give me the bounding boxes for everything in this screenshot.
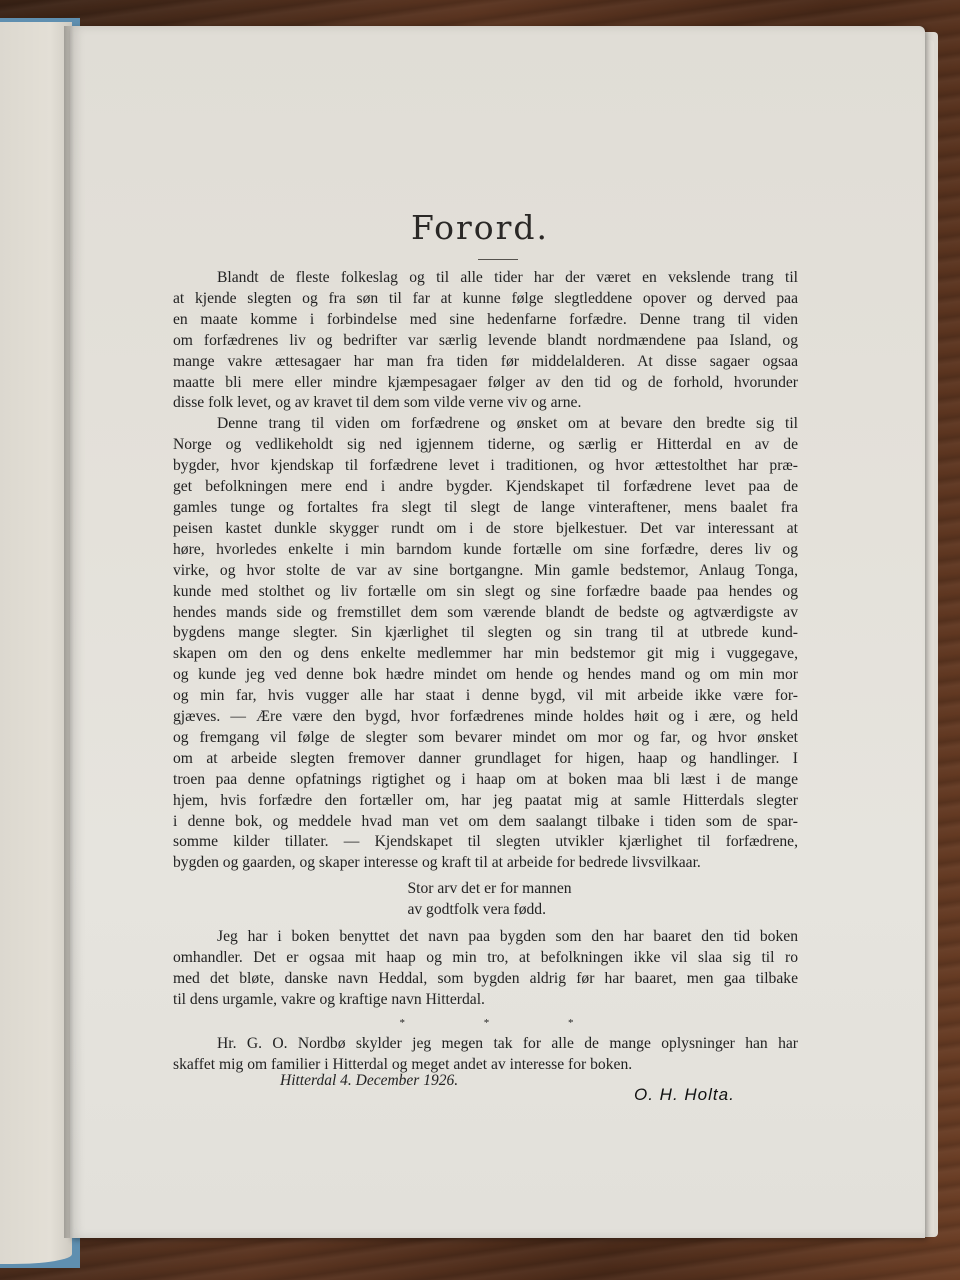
text-line: med det bløte, danske navn Heddal, som b… xyxy=(173,969,798,990)
text-line: omhandler. Det er ogsaa mit haap og min … xyxy=(173,948,798,969)
text-line: høre, hvorledes enkelte i min barndom ku… xyxy=(173,540,798,561)
text-line: i denne bok, og meddele hvad man vet om … xyxy=(173,812,798,833)
text-line: og min far, hvis vugger alle har staat i… xyxy=(173,686,798,707)
text-line: om at arbeide slegten fremover danner gr… xyxy=(173,749,798,770)
text-line: get befolkningen mere end i andre bygder… xyxy=(173,477,798,498)
text-line: Denne trang til viden om forfædrene og ø… xyxy=(173,414,798,435)
text-line: Jeg har i boken benyttet det navn paa by… xyxy=(173,927,798,948)
verse-line: Stor arv det er for mannen xyxy=(403,878,571,899)
text-line: skaffet mig om familier i Hitterdal og m… xyxy=(173,1055,798,1076)
text-line: og kunde jeg ved denne bok hædre mindet … xyxy=(173,665,798,686)
text-line: mange vakre ættesagaer har man fra tiden… xyxy=(173,352,798,373)
text-line: Blandt de fleste folkeslag og til alle t… xyxy=(173,268,798,289)
text-line: skapen om den og dens enkelte medlemmer … xyxy=(173,644,798,665)
text-line: hendes mands side og fremstillet dem som… xyxy=(173,603,798,624)
title-rule xyxy=(478,259,518,260)
verse-block: Stor arv det er for mannen av godtfolk v… xyxy=(399,878,571,920)
section-separator: * * * xyxy=(173,1013,798,1034)
verse-line: av godtfolk vera fødd. xyxy=(403,899,571,920)
text-line: hjem, hvis forfædre den fortæller om, ha… xyxy=(173,791,798,812)
paragraph-2: Denne trang til viden om forfædrene og ø… xyxy=(173,414,798,874)
text-line: at kjende slegten og fra søn til far at … xyxy=(173,289,798,310)
text-line: bygden og gaarden, og skaper interesse o… xyxy=(173,853,798,874)
text-line: en maate komme i forbindelse med sine he… xyxy=(173,310,798,331)
text-line: bygdens mange slegter. Sin kjærlighet ti… xyxy=(173,623,798,644)
dateline: Hitterdal 4. December 1926. xyxy=(280,1072,458,1090)
text-line: virke, og hvor stolte de var av sine bor… xyxy=(173,561,798,582)
text-line: og fremgang vil følge de slegter som bev… xyxy=(173,728,798,749)
text-line: bygder, hvor kjendskap til forfædrene le… xyxy=(173,456,798,477)
text-line: troen paa denne opfatnings rigtighet og … xyxy=(173,770,798,791)
text-line: kunde med stolthet og liv fortælle om si… xyxy=(173,582,798,603)
paragraph-1: Blandt de fleste folkeslag og til alle t… xyxy=(173,268,798,414)
text-line: maatte bli mere eller mindre kjæmpesagae… xyxy=(173,373,798,394)
text-line: Hr. G. O. Nordbø skylder jeg megen tak f… xyxy=(173,1034,798,1055)
text-line: til dens urgamle, vakre og kraftige navn… xyxy=(173,990,798,1011)
text-line: disse folk levet, og av kravet til dem s… xyxy=(173,393,798,414)
text-line: Norge og vedlikeholdt sig ned igjennem t… xyxy=(173,435,798,456)
text-line: gamles tunge og fortaltes fra slegt til … xyxy=(173,498,798,519)
text-line: gjæves. — Ære være den bygd, hvor forfæd… xyxy=(173,707,798,728)
text-line: peisen kastet dunkle skygger rundt om i … xyxy=(173,519,798,540)
paragraph-4: Hr. G. O. Nordbø skylder jeg megen tak f… xyxy=(173,1034,798,1076)
text-line: somme kilder tillater. — Kjendskapet til… xyxy=(173,832,798,853)
author-signature: O. H. Holta. xyxy=(634,1085,735,1105)
preface-body: Blandt de fleste folkeslag og til alle t… xyxy=(173,268,798,1076)
verse-quote: Stor arv det er for mannen av godtfolk v… xyxy=(173,878,798,921)
page-title: Forord. xyxy=(0,208,960,247)
text-line: om forfædrenes liv og bedrifter var særl… xyxy=(173,331,798,352)
paragraph-3: Jeg har i boken benyttet det navn paa by… xyxy=(173,927,798,1011)
